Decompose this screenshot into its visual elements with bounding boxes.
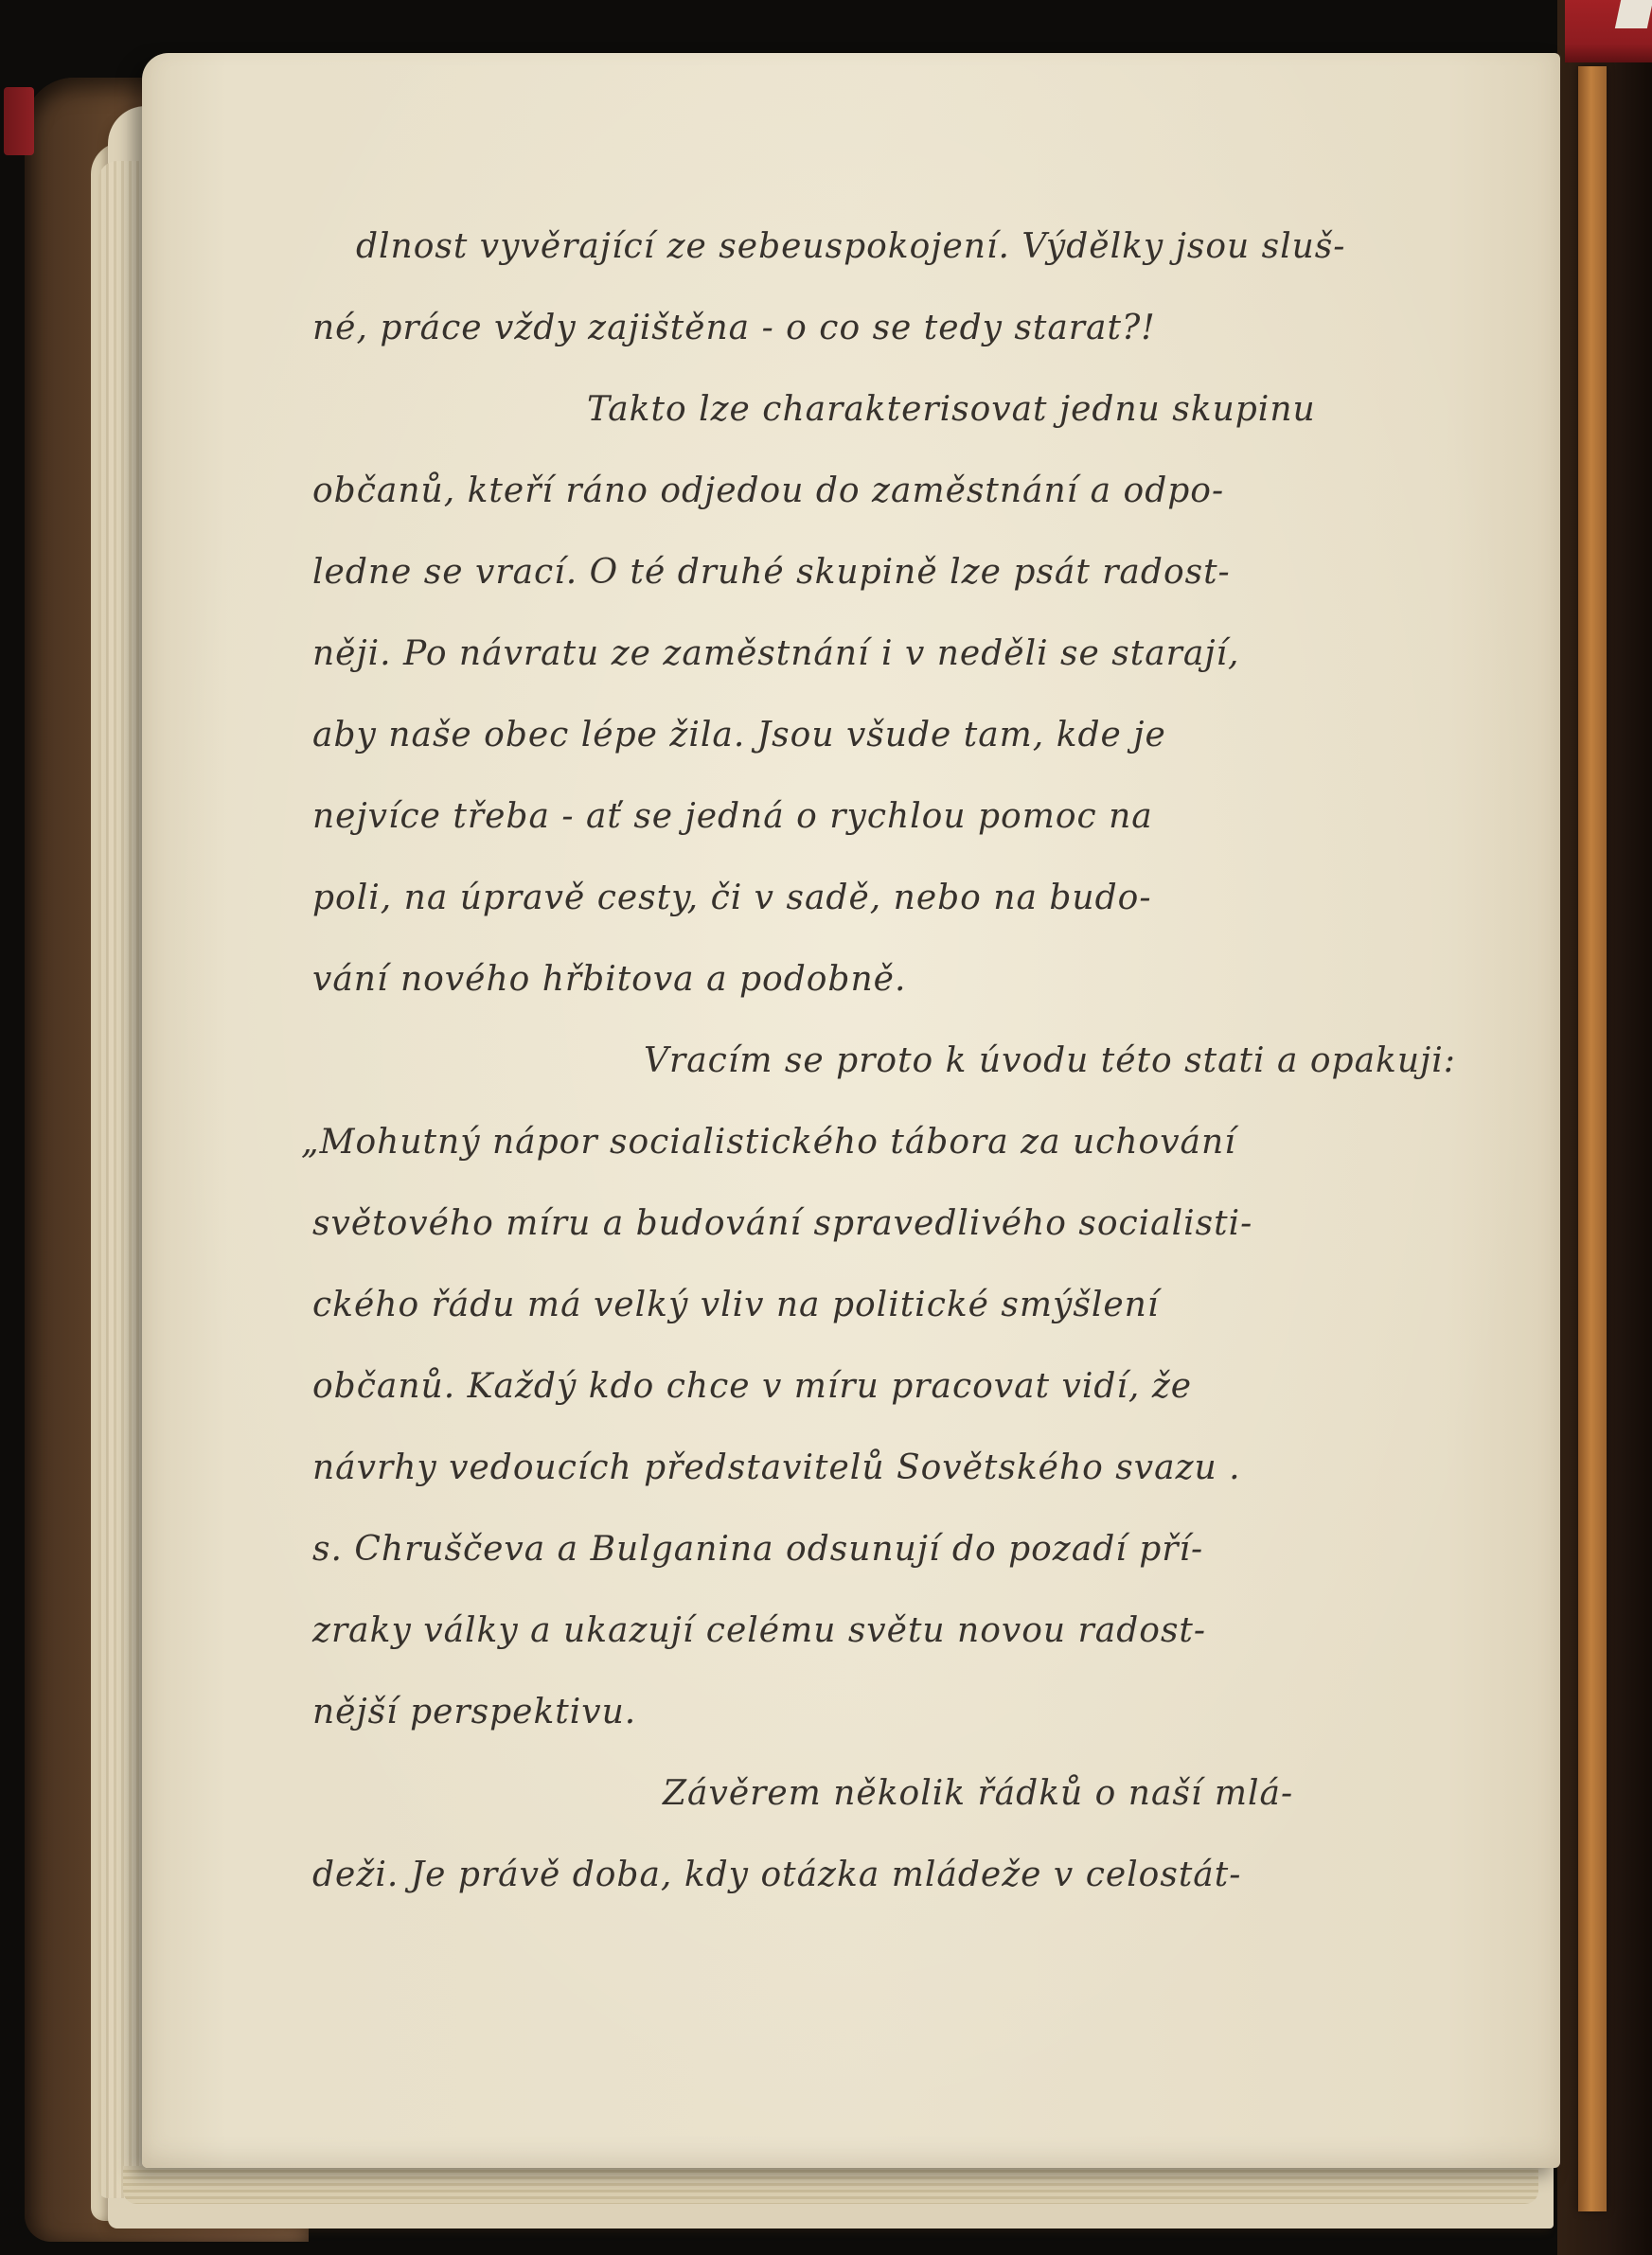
manuscript-line: dlnost vyvěrající ze sebeuspokojení. Výd… bbox=[312, 206, 1447, 288]
manuscript-line: né, práce vždy zajištěna - o co se tedy … bbox=[312, 288, 1447, 369]
manuscript-line: vání nového hřbitova a podobně. bbox=[312, 939, 1447, 1021]
manuscript-line: Vracím se proto k úvodu této stati a opa… bbox=[312, 1021, 1447, 1102]
manuscript-line: nější perspektivu. bbox=[312, 1672, 1447, 1753]
manuscript-line: světového míru a budování spravedlivého … bbox=[312, 1183, 1447, 1265]
manuscript-line: aby naše obec lépe žila. Jsou všude tam,… bbox=[312, 695, 1447, 776]
manuscript-line: poli, na úpravě cesty, či v sadě, nebo n… bbox=[312, 858, 1447, 939]
handwritten-text-block: dlnost vyvěrající ze sebeuspokojení. Výd… bbox=[312, 206, 1447, 1916]
manuscript-line: deži. Je právě doba, kdy otázka mládeže … bbox=[312, 1835, 1447, 1916]
manuscript-line: Takto lze charakterisovat jednu skupinu bbox=[312, 369, 1447, 451]
spine-red-band bbox=[4, 87, 34, 155]
manuscript-line: občanů, kteří ráno odjedou do zaměstnání… bbox=[312, 451, 1447, 532]
page-fore-edge-lines bbox=[98, 161, 140, 2198]
manuscript-line: Závěrem několik řádků o naší mlá- bbox=[312, 1753, 1447, 1835]
page-bottom-edge bbox=[123, 2166, 1538, 2204]
manuscript-line: něji. Po návratu ze zaměstnání i v neděl… bbox=[312, 613, 1447, 695]
manuscript-line: ledne se vrací. O té druhé skupině lze p… bbox=[312, 532, 1447, 613]
manuscript-page: dlnost vyvěrající ze sebeuspokojení. Výd… bbox=[142, 53, 1560, 2168]
manuscript-line: „Mohutný nápor socialistického tábora za… bbox=[301, 1102, 1447, 1183]
manuscript-line: s. Chruščeva a Bulganina odsunují do poz… bbox=[312, 1509, 1447, 1590]
right-edge-tan-stripe bbox=[1578, 66, 1607, 2211]
manuscript-line: nejvíce třeba - ať se jedná o rychlou po… bbox=[312, 776, 1447, 858]
manuscript-line: ckého řádu má velký vliv na politické sm… bbox=[312, 1265, 1447, 1346]
manuscript-line: návrhy vedoucích představitelů Sovětskéh… bbox=[312, 1428, 1447, 1509]
manuscript-line: zraky války a ukazují celému světu novou… bbox=[312, 1590, 1447, 1672]
manuscript-line: občanů. Každý kdo chce v míru pracovat v… bbox=[312, 1346, 1447, 1428]
headband-white-tip bbox=[1615, 0, 1652, 28]
